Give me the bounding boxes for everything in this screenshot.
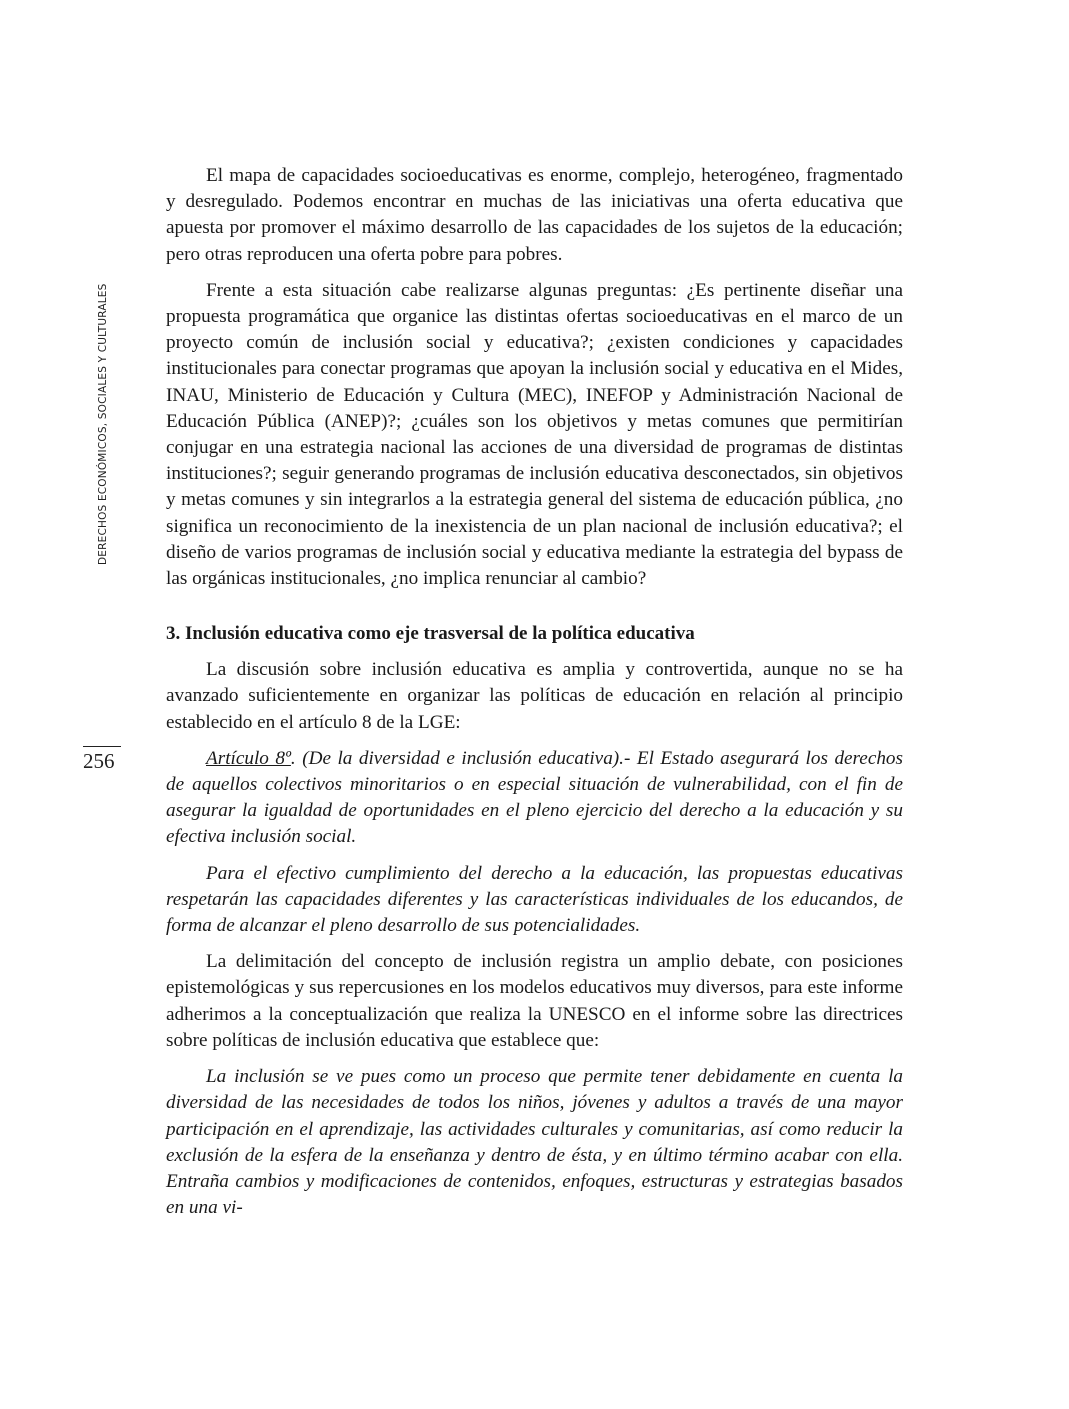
page-body: El mapa de capacidades socioeducativas e… <box>166 163 903 1231</box>
article-8-quote: Artículo 8º. (De la diversidad e inclusi… <box>166 746 903 851</box>
paragraph-section-intro: La discusión sobre inclusión educativa e… <box>166 657 903 736</box>
article-label: Artículo 8º <box>206 748 291 769</box>
paragraph-capacidades: El mapa de capacidades socioeducativas e… <box>166 163 903 268</box>
section-heading: 3. Inclusión educativa como eje trasvers… <box>166 621 903 647</box>
paragraph-preguntas: Frente a esta situación cabe realizarse … <box>166 278 903 592</box>
unesco-quote: La inclusión se ve pues como un proceso … <box>166 1064 903 1221</box>
paragraph-unesco: La delimitación del concepto de inclusió… <box>166 949 903 1054</box>
article-8-second-paragraph: Para el efectivo cumplimiento del derech… <box>166 861 903 940</box>
running-header-vertical: DERECHOS ECONÓMICOS, SOCIALES Y CULTURAL… <box>97 235 109 565</box>
page-number: 256 <box>83 746 121 774</box>
